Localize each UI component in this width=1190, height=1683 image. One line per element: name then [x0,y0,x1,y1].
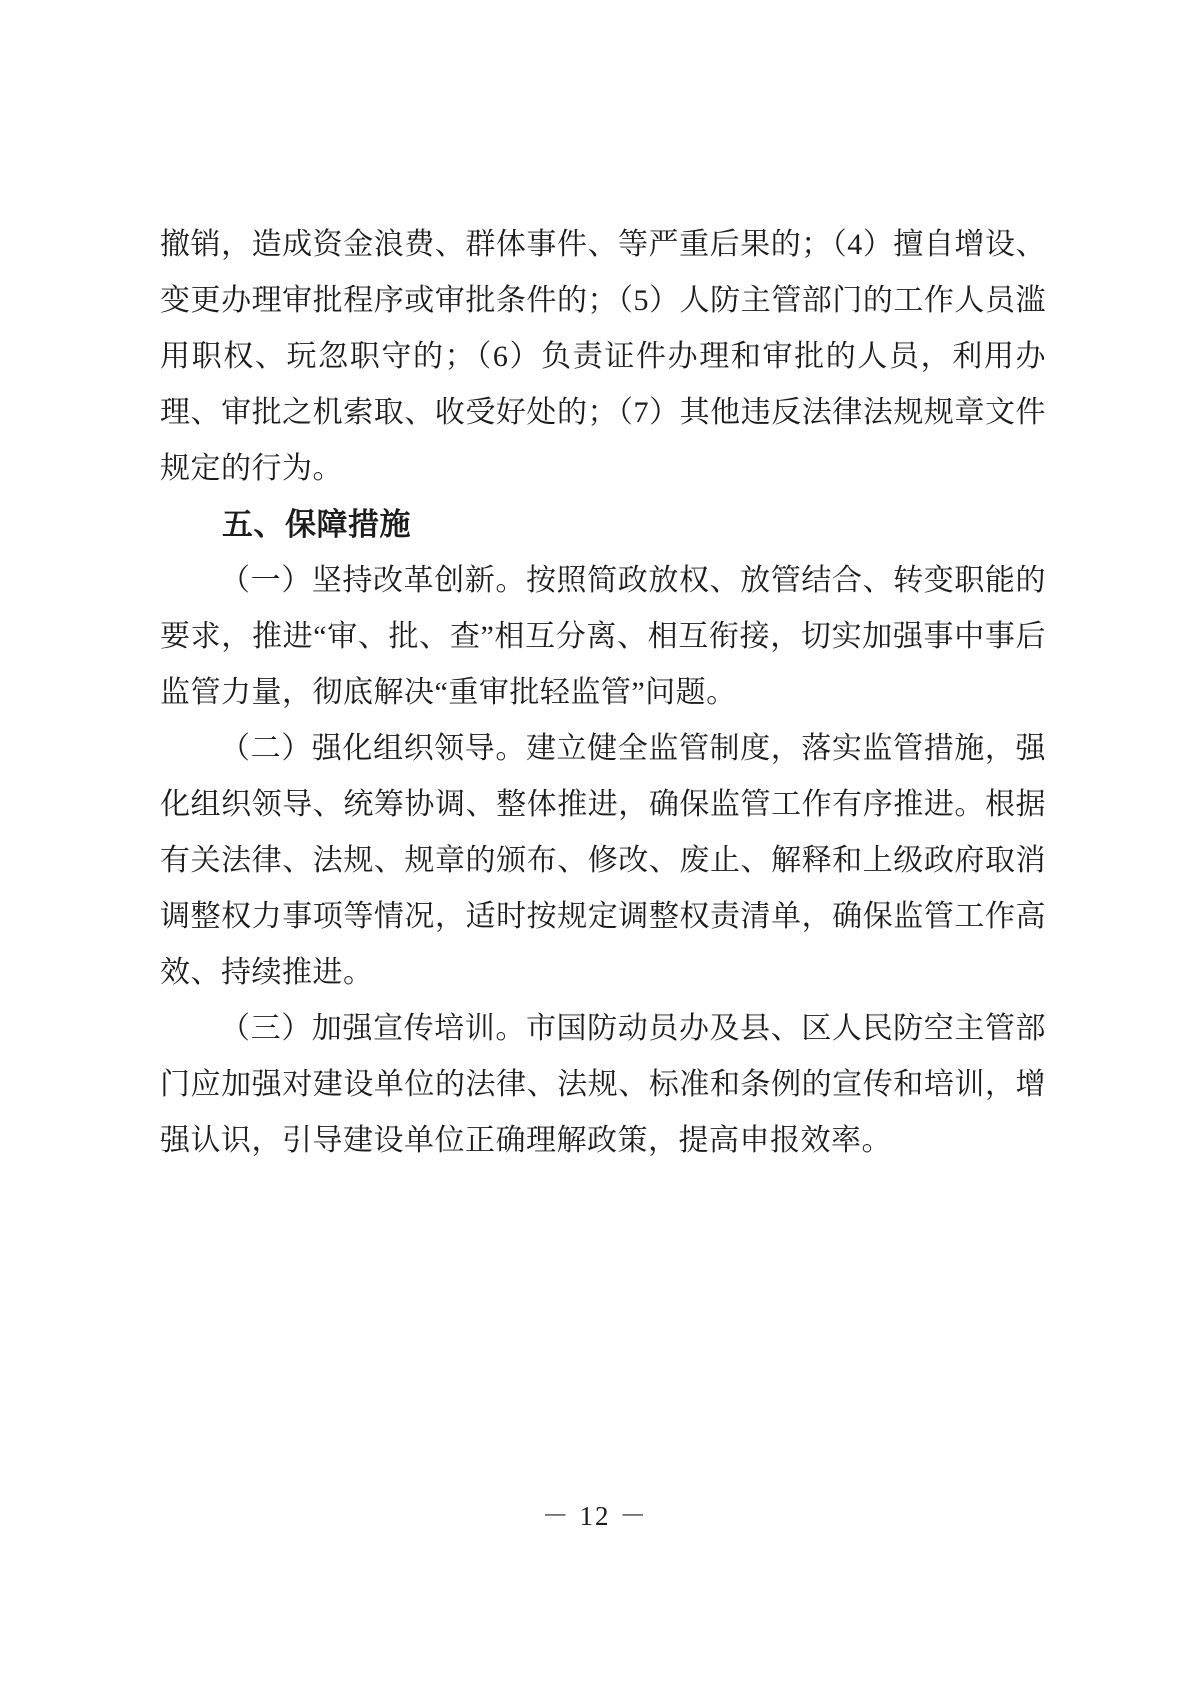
paragraph-continuation: 撤销，造成资金浪费、群体事件、等严重后果的；（4）擅自增设、变更办理审批程序或审… [160,217,1046,497]
document-page: 撤销，造成资金浪费、群体事件、等严重后果的；（4）擅自增设、变更办理审批程序或审… [0,0,1190,1683]
document-body: 撤销，造成资金浪费、群体事件、等严重后果的；（4）擅自增设、变更办理审批程序或审… [160,217,1046,1169]
paragraph-item-1: （一）坚持改革创新。按照简政放权、放管结合、转变职能的要求，推进“审、批、查”相… [160,553,1046,721]
page-number: － 12 － [0,1498,1190,1534]
paragraph-item-2: （二）强化组织领导。建立健全监管制度，落实监管措施，强化组织领导、统筹协调、整体… [160,721,1046,1001]
paragraph-item-3: （三）加强宣传培训。市国防动员办及县、区人民防空主管部门应加强对建设单位的法律、… [160,1001,1046,1169]
section-heading-5-safeguards: 五、保障措施 [160,497,1046,553]
